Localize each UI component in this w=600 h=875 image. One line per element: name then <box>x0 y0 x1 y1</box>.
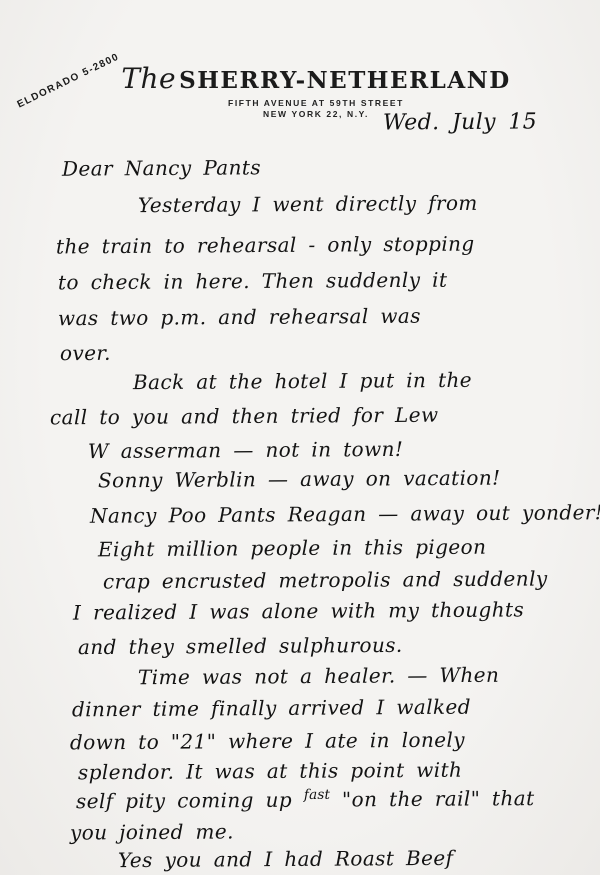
handwritten-line: Dear Nancy Pants <box>62 155 261 180</box>
handwritten-line: I realized I was alone with my thoughts <box>73 597 524 624</box>
handwritten-line: splendor. It was at this point with <box>78 758 462 785</box>
handwritten-line: Time was not a healer. — When <box>138 663 499 690</box>
handwritten-line: dinner time finally arrived I walked <box>72 695 471 722</box>
handwritten-line: Eight million people in this pigeon <box>98 535 486 562</box>
handwritten-line: Yesterday I went directly from <box>138 191 478 217</box>
handwritten-line: call to you and then tried for Lew <box>50 403 439 430</box>
handwritten-line: W asserman — not in town! <box>88 437 403 463</box>
handwritten-line: the train to rehearsal - only stopping <box>56 232 475 259</box>
handwritten-line: was two p.m. and rehearsal was <box>58 304 421 331</box>
letter-date: Wed. July 15 <box>383 109 537 135</box>
handwritten-line: and they smelled sulphurous. <box>78 633 403 659</box>
handwritten-line: Nancy Poo Pants Reagan — away out yonder… <box>90 500 600 528</box>
letter-page: ELDORADO 5-2800 TheSHERRY-NETHERLAND FIF… <box>0 0 600 875</box>
hotel-logo-name: SHERRY-NETHERLAND <box>179 67 511 94</box>
hotel-logo: TheSHERRY-NETHERLAND <box>16 62 600 95</box>
hotel-logo-the: The <box>121 62 176 95</box>
handwritten-line: Back at the hotel I put in the <box>133 368 472 394</box>
inserted-word: fast <box>304 787 330 803</box>
line-pre: self pity coming up <box>76 788 304 814</box>
letterhead-address-line1: FIFTH AVENUE AT 59TH STREET <box>16 98 600 108</box>
handwritten-line: over. <box>60 341 111 365</box>
handwritten-line: to check in here. Then suddenly it <box>58 268 448 295</box>
handwritten-line: Yes you and I had Roast Beef <box>118 846 454 872</box>
handwritten-line: Sonny Werblin — away on vacation! <box>98 466 501 493</box>
handwritten-line: you joined me. <box>70 819 234 844</box>
handwritten-line: down to "21" where I ate in lonely <box>70 728 465 755</box>
handwritten-line: self pity coming up fast "on the rail" t… <box>76 785 535 813</box>
line-post: "on the rail" that <box>330 786 534 811</box>
handwritten-line: crap encrusted metropolis and suddenly <box>103 566 548 593</box>
